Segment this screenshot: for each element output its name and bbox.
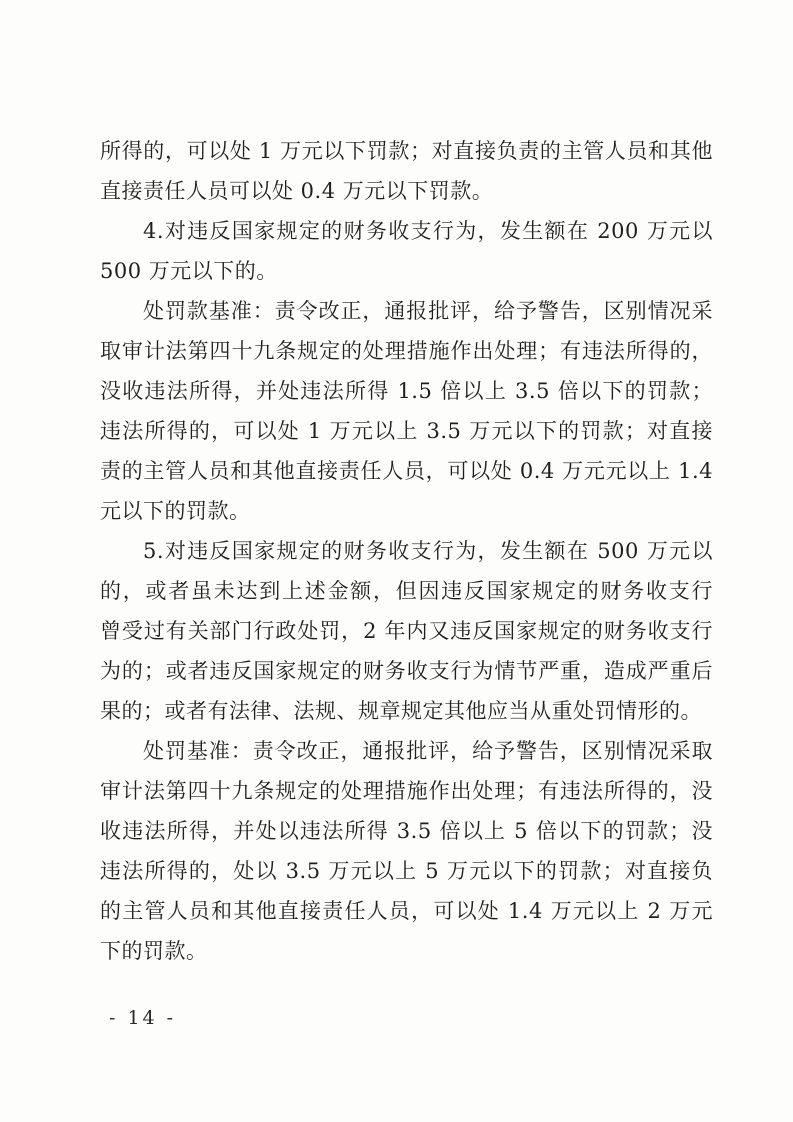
text-line: 处罚基准：责令改正，通报批评，给予警告，区别情况采取 — [100, 731, 713, 771]
text-line: 为的；或者违反国家规定的财务收支行为情节严重，造成严重后 — [100, 651, 713, 691]
text-line: 曾受过有关部门行政处罚，2 年内又违反国家规定的财务收支行 — [100, 611, 713, 651]
document-page: 所得的，可以处 1 万元以下罚款；对直接负责的主管人员和其他直接责任人员可以处 … — [0, 0, 793, 1122]
text-line: 收违法所得，并处以违法所得 3.5 倍以上 5 倍以下的罚款；没有 — [100, 811, 713, 851]
text-line: 5.对违反国家规定的财务收支行为，发生额在 500 万元以上 — [100, 531, 713, 571]
text-line: 元以下的罚款。 — [100, 491, 713, 531]
text-line: 的，或者虽未达到上述金额，但因违反国家规定的财务收支行为， — [100, 571, 713, 611]
text-line: 4.对违反国家规定的财务收支行为，发生额在 200 万元以上 — [100, 211, 713, 251]
text-line: 取审计法第四十九条规定的处理措施作出处理；有违法所得的， — [100, 331, 713, 371]
text-line: 直接责任人员可以处 0.4 万元以下罚款。 — [100, 171, 713, 211]
text-line: 违法所得的，可以处 1 万元以上 3.5 万元以下的罚款；对直接负 — [100, 411, 713, 451]
text-line: 果的；或者有法律、法规、规章规定其他应当从重处罚情形的。 — [100, 691, 713, 731]
text-line: 下的罚款。 — [100, 931, 713, 971]
text-line: 的主管人员和其他直接责任人员，可以处 1.4 万元以上 2 万元以 — [100, 891, 713, 931]
text-line: 审计法第四十九条规定的处理措施作出处理；有违法所得的，没 — [100, 771, 713, 811]
text-line: 违法所得的，处以 3.5 万元以上 5 万元以下的罚款；对直接负责 — [100, 851, 713, 891]
document-text: 所得的，可以处 1 万元以下罚款；对直接负责的主管人员和其他直接责任人员可以处 … — [100, 131, 713, 971]
page-number: - 14 - — [109, 1003, 176, 1033]
text-line: 没收违法所得，并处违法所得 1.5 倍以上 3.5 倍以下的罚款；没有 — [100, 371, 713, 411]
text-line: 责的主管人员和其他直接责任人员，可以处 0.4 万元元以上 1.4 万 — [100, 451, 713, 491]
text-line: 处罚款基准：责令改正，通报批评，给予警告，区别情况采 — [100, 291, 713, 331]
text-line: 500 万元以下的。 — [100, 251, 713, 291]
text-line: 所得的，可以处 1 万元以下罚款；对直接负责的主管人员和其他 — [100, 131, 713, 171]
